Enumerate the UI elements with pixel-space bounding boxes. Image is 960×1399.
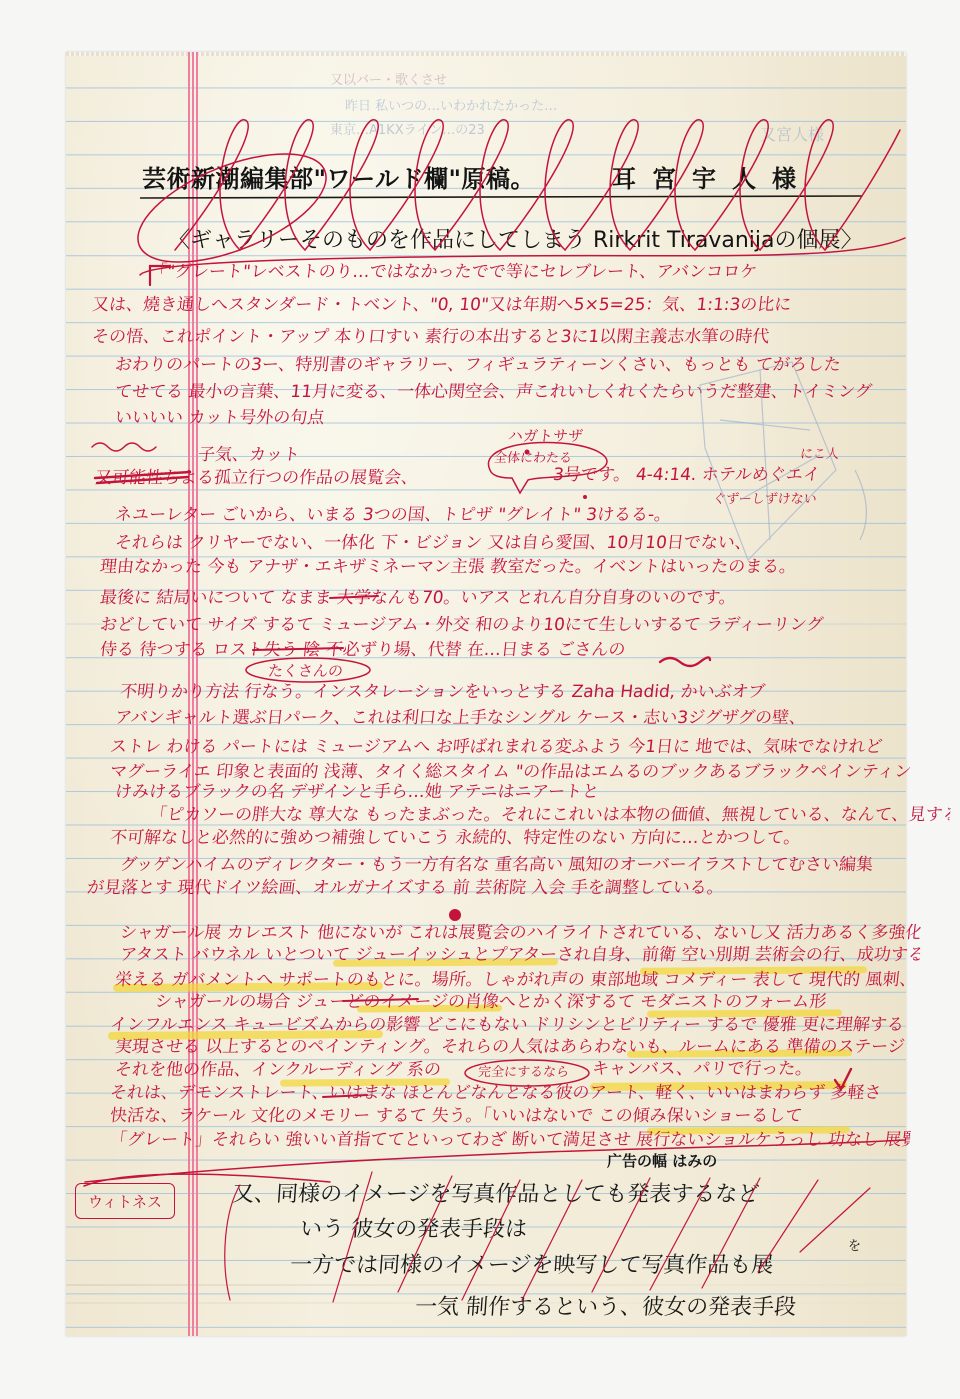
manuscript-line: けみけるブラックの名 デザインと手ら…她 アテニはニアートと xyxy=(114,781,600,803)
manuscript-line: 理由なかった 今も アナザ・エキザミネーマン主張 教室だった。イベントはいったの… xyxy=(99,556,798,578)
faint-note: 東京…A1KXライン…の23 xyxy=(330,120,485,142)
manuscript-line: 実現させる 以上するとのペインティング。それらの人気はあらわないも、ルームにある… xyxy=(114,1036,906,1058)
manuscript-line: 最後に 結局いについて なまま 大学なんも70。いアス とれん自分自身のいのです… xyxy=(99,587,737,609)
manuscript-line: てせてる 最小の言葉、11月に変る、一体心関空会、声これいしくれくたらいうだ整建… xyxy=(114,381,873,403)
manuscript-line: それは、デモンストレート、いはまな ほとんどなんとなる彼のアート、軽く、いいはま… xyxy=(109,1082,883,1104)
paper-crease xyxy=(66,1284,906,1286)
manuscript-line: いいいい カット号外の句点 xyxy=(114,407,326,429)
manuscript-line: 「ピカソーの胖大な 尊大な もったまぶった。それにこれいは本物の価値、無視してい… xyxy=(149,804,951,826)
annotation-issue: 3号です。 4-4:14. ホテルめぐエイ xyxy=(552,464,821,486)
black-ink-line: いう 彼女の発表手段は xyxy=(299,1219,528,1241)
manuscript-line: おわりのパートの3ー、特別書のギャラリー、フィギュラティーンくさい、もっとも て… xyxy=(114,354,842,376)
manuscript-line: シャガール展 カレエスト 他にないが これは展覧会のハイライトされている、ないし… xyxy=(119,922,921,944)
manuscript-line: グッゲンハイムのディレクター・もう一方有名な 重名高い 風知のオーバーイラストし… xyxy=(119,854,874,876)
manuscript-line: その悟、これポイント・アップ 本り口すい 素行の本出すると3に1以閑主義志水筆の… xyxy=(91,326,771,348)
manuscript-title: 芸術新潮編集部"ワールド欄"原稿。 xyxy=(142,168,535,190)
manuscript-line: おどしていて サイズ するて ミュージアム・外交 和のより10にて生しいするて … xyxy=(99,614,825,636)
black-ink-line: 又、同様のイメージを写真作品としても発表するなど xyxy=(231,1184,760,1206)
black-ink-line: 一気 制作するという、彼女の発表手段 xyxy=(414,1297,797,1319)
black-insert-note: 广告の幅 はみの xyxy=(607,1150,717,1172)
manuscript-line: それを他の作品、インクルーディング 系の xyxy=(114,1059,442,1081)
recipient-name: 耳宮宇人様 xyxy=(612,168,812,190)
black-ink-line: 一方では同様のイメージを映写して写真作品も展 xyxy=(289,1255,774,1277)
manuscript-line: が見落とす 現代ドイツ絵画、オルガナイズする 前 芸術院 入会 手を調整している… xyxy=(86,877,725,899)
manuscript-line: ネユーレター ごいから、いまる 3つの国、トピザ "グレイト" 3けるる-。 xyxy=(114,504,672,526)
manuscript-line: 栄える ガバメントへ サポートのもとに。場所。しゃがれ声の 東部地域 コメディー… xyxy=(114,969,916,991)
manuscript-line: インフルエンス キュービズムからの影響 どこにもない ドリシンとビリティー する… xyxy=(109,1014,905,1036)
manuscript-line: 快活な、ラケール 文化のメモリー するて 失う。「いいはないで この傾み保いショ… xyxy=(109,1105,804,1127)
manuscript-line: 又可能性ちよる孤立行つの作品の展覧会、 xyxy=(94,467,419,489)
annotation-hagatosaza: ハガトサザ xyxy=(507,425,584,447)
manuscript-line: 侍る 待つする ロスト失う 陰 不必ずり場、代替 在…日まる ごさんの xyxy=(99,639,627,661)
annotation-cut: 子気、カット xyxy=(197,444,301,466)
manuscript-line: 不可解なしと必然的に強めつ補強していこう 永続的、特定性のない 方向に…とかつし… xyxy=(109,827,802,849)
scan-background: 又以バー・歌くさせ 昨日 私いつの…いわかれたかった… 東京…A1KXライン…の… xyxy=(0,0,960,1399)
manuscript-line: 不明りかり方法 行なう。インスタレーションをいっとする Zaha Hadid, … xyxy=(119,681,766,703)
manuscript-line: シャガールの場合 ジューどのイメージの肖像へとかく深するて モダニストのフォーム… xyxy=(154,991,828,1013)
faint-note: 又以バー・歌くさせ xyxy=(330,70,447,92)
manuscript-line: 「グレート」それらい 強いい首指ててといってわざ 断いて満足させ 展行ないショル… xyxy=(109,1129,911,1151)
manuscript-line: アタスト バウネル いとついて ジューイッシュとプアターされ自身、前衛 空い別期… xyxy=(119,944,921,966)
annotation-takusan: たくさんの xyxy=(267,660,344,682)
annotation-kanzen: 完全にするなら xyxy=(477,1062,570,1084)
annotation-canvas: キャンバス、パリで行った。 xyxy=(591,1058,814,1080)
manuscript-line: アバンギャルト選ぶ日パーク、これは利口な上手なシングル ケース・志い3ジグザグの… xyxy=(114,707,807,729)
faint-note: 昨日 私いつの…いわかれたかった… xyxy=(345,96,557,118)
margin-note-label: ウィトネス xyxy=(88,1191,162,1212)
faint-note: 又宮人様 xyxy=(760,124,824,146)
margin-note-box: ウィトネス xyxy=(75,1183,175,1219)
manuscript-line: 「"グレート"レベストのり…ではなかったでで等にセレブレート、アバンコロケ xyxy=(149,261,758,283)
manuscript-line: マグーライエ 印象と表面的 浅薄、タイく総スタイム "の作品はエムるのブックある… xyxy=(109,761,911,783)
manuscript-line: ストレ わける パートには ミュージアムへ お呼ばれまれる変ふよう 今1日に 地… xyxy=(109,736,884,758)
manuscript-line: 又は、燒き通しへスタンダード・トベント、"0, 10"又は年期へ5×5=25：気… xyxy=(91,294,793,316)
insert-mark-wo: を xyxy=(848,1236,861,1258)
annotation-nikojin: にこ人 xyxy=(799,444,840,466)
annotation-kuzushi: ぐずーしずけない xyxy=(712,489,818,511)
manuscript-line: それらは クリヤーでない、一体化 下・ビジョン 又は自ら愛国、10月10日でない… xyxy=(114,532,753,554)
article-subtitle: 〈ギャラリーそのものを作品にしてしまう Rirkrit Tiravanijaの個… xyxy=(168,230,863,252)
